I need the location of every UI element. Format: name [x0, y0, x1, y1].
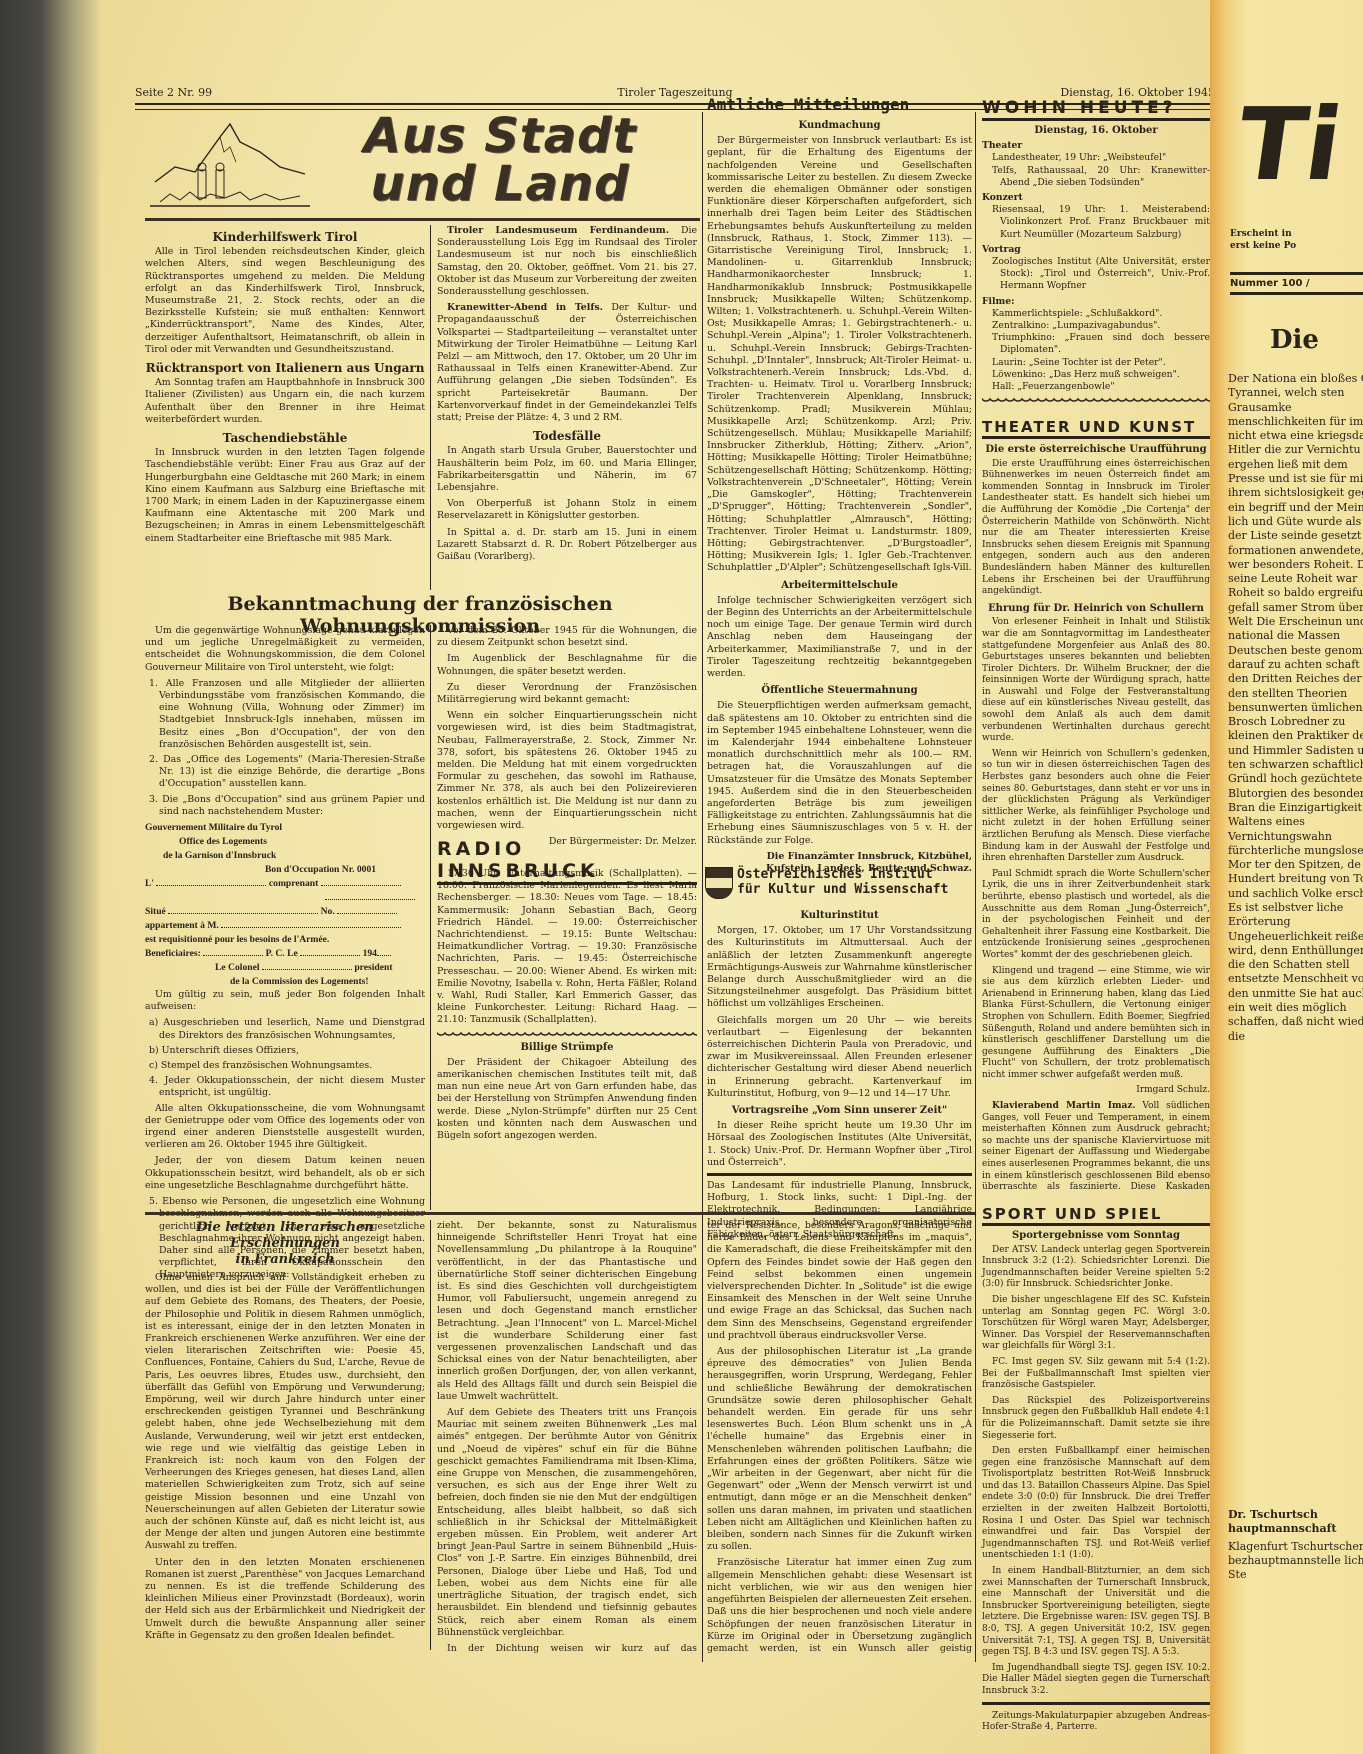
literatur-col-2: zieht. Der bekannte, sonst zu Naturalism…: [437, 1220, 697, 1655]
event-category: Konzert: [982, 192, 1210, 204]
radio-schedule: 17.30 Uhr: Unterhaltungsmusik (Schallpla…: [437, 868, 697, 1027]
article-text: In dieser Reihe spricht heute um 19.30 U…: [707, 1120, 972, 1169]
literatur-col-1: Die letzten literarischen Erscheinungen …: [145, 1220, 425, 1646]
form-label: L': [145, 878, 154, 889]
wave-divider: [982, 397, 1210, 403]
institut-column: Kulturinstitut Morgen, 17. Oktober, um 1…: [707, 905, 972, 1245]
column-divider: [430, 225, 431, 590]
event-category: Vortrag: [982, 244, 1210, 256]
article-text: Zu dieser Verordnung der Französischen M…: [437, 682, 697, 706]
event-entry: Triumphkino: „Frauen sind doch bessere D…: [982, 332, 1210, 356]
article-text: In Angath starb Ursula Gruber, Bauerstoc…: [437, 445, 697, 494]
form-line: Le Colonel president: [145, 961, 425, 975]
headline-fragment-2: Dr. Tschurtsch hauptmannschaft: [1228, 1508, 1363, 1536]
form-line: Office des Logements: [145, 835, 425, 849]
amtliche-column: Kundmachung Der Bürgermeister von Innsbr…: [707, 120, 972, 879]
list-item: 4. Jeder Okkupationsschein, der nicht di…: [145, 1075, 425, 1099]
wohin-heute-title: WOHIN HEUTE?: [982, 98, 1210, 121]
list-item: c) Stempel des französischen Wohnungsamt…: [145, 1060, 425, 1072]
article-title: Kundmachung: [707, 120, 972, 132]
article-text: Um die gegenwärtige Wohnungslage genau k…: [145, 625, 425, 674]
institut-title-1: Österreichisches Institut: [737, 867, 948, 882]
event-entry: Telfs, Rathaussaal, 20 Uhr: Kranewitter-…: [982, 165, 1210, 189]
article-text: In der Dichtung weisen wir kurz auf das …: [437, 1643, 697, 1655]
article-body: Der Kultur- und Propagandaausschuß der Ö…: [437, 302, 697, 423]
list-item: 3. Die „Bons d'Occupation" sind aus grün…: [145, 794, 425, 818]
list-item: b) Unterschrift dieses Offiziers,: [145, 1045, 425, 1057]
article-title: Öffentliche Steuermahnung: [707, 685, 972, 697]
literatur-title-line: Die letzten literarischen Erscheinungen: [145, 1220, 425, 1252]
article-lead: Kranewitter-Abend in Telfs.: [447, 302, 603, 313]
banner-rule: [145, 218, 700, 221]
masthead-fragment: Ti: [1230, 90, 1348, 200]
article-text: Die bisher ungeschlagene Elf des SC. Kuf…: [982, 1295, 1210, 1353]
column-divider: [702, 112, 703, 1662]
article-body: Voll südlichen Ganges, voll Feuer und Te…: [982, 1101, 1210, 1194]
article-title: Taschendiebstähle: [145, 432, 425, 444]
article-text: In Innsbruck wurden in den letzten Tagen…: [145, 447, 425, 545]
article-fragment-2: Klagenfurt Tschurtschen bezhauptmannstel…: [1228, 1540, 1363, 1582]
form-line: de la Commission des Logements!: [145, 975, 425, 989]
section-rule: [982, 1702, 1210, 1705]
austrian-shield-icon: [705, 867, 733, 899]
article-text: zieht. Der bekannte, sonst zu Naturalism…: [437, 1220, 697, 1403]
event-entry: Zoologisches Institut (Alte Universität,…: [982, 256, 1210, 293]
article-text: Von Oberperfuß ist Johann Stolz in einem…: [437, 498, 697, 522]
literatur-title: Die letzten literarischen Erscheinungen …: [145, 1220, 425, 1268]
theater-column: Die erste österreichische Uraufführung D…: [982, 444, 1210, 1194]
article-text: Um gültig zu sein, muß jeder Bon folgend…: [145, 989, 425, 1013]
column-divider: [430, 1220, 431, 1650]
banner-line-2: und Land: [310, 160, 690, 208]
event-category: Filme:: [982, 296, 1210, 308]
amtliche-mitteilungen-title: Amtliche Mitteilungen: [707, 95, 967, 114]
column-1: Kinderhilfswerk Tirol Alle in Tirol lebe…: [145, 225, 425, 549]
article-title: Die erste österreichische Uraufführung: [982, 444, 1210, 456]
form-label: Beneficiaires:: [145, 948, 201, 959]
article-text: Unter den in den letzten Monaten erschie…: [145, 1557, 425, 1642]
list-item: 1. Alle Franzosen und alle Mitglieder de…: [145, 678, 425, 751]
classified-ad: Zeitungs-Makulaturpapier abzugeben Andre…: [982, 1711, 1210, 1734]
form-label: Situé: [145, 906, 166, 917]
article-text: Im Augenblick der Beschlagnahme für die …: [437, 653, 697, 677]
form-label: comprenant: [269, 878, 318, 889]
article-text: Wenn ein solcher Einquartierungsschein n…: [437, 710, 697, 832]
article-text: Infolge technischer Schwierigkeiten verz…: [707, 595, 972, 680]
article-text: In Spittal a. d. Dr. starb am 15. Juni i…: [437, 527, 697, 564]
article-text: Im Jugendhandball siegte TSJ. gegen ISV.…: [982, 1663, 1210, 1698]
form-line: Beneficiaires: P. C. Le 194: [145, 947, 425, 961]
article-text: In einem Handball-Blitzturnier, an dem s…: [982, 1566, 1210, 1659]
article-title: Rücktransport von Italienern aus Ungarn: [145, 362, 425, 374]
event-sections: TheaterLandestheater, 19 Uhr: „Weibsteuf…: [982, 140, 1210, 393]
article-text: FC. Imst gegen SV. Silz gewann mit 5:4 (…: [982, 1357, 1210, 1392]
article-title: Sportergebnisse vom Sonntag: [982, 1230, 1210, 1242]
wohnungskommission-col-2: Vor dem 26. Oktober 1945 für die Wohnung…: [437, 625, 697, 852]
mountain-town-illustration-icon: [150, 112, 310, 212]
issue-number: Nummer 100 /: [1230, 272, 1363, 295]
event-category: Theater: [982, 140, 1210, 152]
article-text: Die erste Uraufführung eines österreichi…: [982, 459, 1210, 598]
article-text: Paul Schmidt sprach die Worte Schullern'…: [982, 869, 1210, 962]
article-text: Alle in Tirol lebenden reichsdeutschen K…: [145, 246, 425, 356]
form-label: appartement à M.: [145, 920, 219, 931]
section-rule: [707, 1173, 972, 1176]
article-title: Todesfälle: [437, 430, 697, 442]
article-text: Kranewitter-Abend in Telfs. Der Kultur- …: [437, 302, 697, 424]
article-text: Jeder, der von diesem Datum keinen neuen…: [145, 1155, 425, 1192]
banner-line-1: Aus Stadt: [310, 112, 690, 160]
binding-edge: [0, 0, 100, 1754]
article-title: Arbeitermittelschule: [707, 580, 972, 592]
article-text: Klavierabend Martin Imaz. Voll südlichen…: [982, 1101, 1210, 1194]
wohin-heute-list: Dienstag, 16. Oktober TheaterLandestheat…: [982, 125, 1210, 407]
event-entry: Hall: „Feuerzangenbowle": [982, 381, 1210, 393]
form-label: president: [354, 962, 392, 973]
column-2: Tiroler Landesmuseum Ferdinandeum. Die S…: [437, 225, 697, 567]
radio-program: 17.30 Uhr: Unterhaltungsmusik (Schallpla…: [437, 868, 697, 1146]
article-text: Den ersten Fußballkampf einer heimischen…: [982, 1446, 1210, 1562]
list-item: 2. Das „Office des Logements" (Maria-The…: [145, 754, 425, 791]
wohnungskommission-col-1: Um die gegenwärtige Wohnungslage genau k…: [145, 625, 425, 1285]
form-line: [145, 891, 425, 905]
column-divider: [430, 625, 431, 1210]
article-text: Auf dem Gebiete des Theaters tritt uns F…: [437, 1407, 697, 1639]
column-divider: [975, 112, 976, 1662]
article-text: Aus der philosophischen Literatur ist „L…: [707, 1346, 972, 1553]
event-entry: Löwenkino: „Das Herz muß schweigen".: [982, 369, 1210, 381]
article-text: Französische Literatur hat immer einen Z…: [707, 1557, 972, 1655]
article-text: Gleichfalls morgen um 20 Uhr — wie berei…: [707, 1015, 972, 1100]
event-entry: Zentralkino: „Lumpazivagabundus".: [982, 320, 1210, 332]
form-line: est requisitionné pour les besoins de l'…: [145, 933, 425, 947]
theater-und-kunst-title: THEATER UND KUNST: [982, 418, 1210, 439]
form-bon-number: Bon d'Occupation Nr. 0001: [145, 863, 425, 877]
masthead-subline: Erscheint in erst keine Po: [1230, 228, 1296, 252]
institut-header: Österreichisches Institut für Kultur und…: [705, 867, 975, 901]
list-item: a) Ausgeschrieben und leserlich, Name un…: [145, 1017, 425, 1041]
literatur-col-3: ter der Résistance, besonders Aragons; m…: [707, 1220, 972, 1655]
sport-und-spiel-title: SPORT UND SPIEL: [982, 1205, 1210, 1226]
subline-2: erst keine Po: [1230, 240, 1296, 252]
form-label: Le Colonel: [215, 962, 260, 973]
subline-1: Erscheint in: [1230, 228, 1296, 240]
article-text: Von erlesener Feinheit in Inhalt und Sti…: [982, 617, 1210, 745]
sport-column: Sportergebnisse vom Sonntag Der ATSV. La…: [982, 1230, 1210, 1738]
article-text: Das Rückspiel des Polizeisportvereins In…: [982, 1396, 1210, 1442]
article-text: Alle alten Okkupationsscheine, die vom W…: [145, 1103, 425, 1152]
article-title: Vortragsreihe „Vom Sinn unserer Zeit": [707, 1105, 972, 1117]
article-title: Kulturinstitut: [707, 910, 972, 922]
article-lead: Klavierabend Martin Imaz.: [992, 1101, 1136, 1111]
article-text: Tiroler Landesmuseum Ferdinandeum. Die S…: [437, 225, 697, 298]
form-line: appartement à M.: [145, 919, 425, 933]
form-line: de la Garnison d'Innsbruck: [145, 849, 425, 863]
article-text: Der Präsident der Chikagoer Abteilung de…: [437, 1057, 697, 1142]
article-text: Am Sonntag trafen am Hauptbahnhofe in In…: [145, 377, 425, 426]
article-text: Wenn wir Heinrich von Schullern's gedenk…: [982, 749, 1210, 865]
article-text: Ohne einen Anspruch auf Vollständigkeit …: [145, 1272, 425, 1553]
article-text: Klingend und tragend — eine Stimme, wie …: [982, 966, 1210, 1082]
article-text: ter der Résistance, besonders Aragons; m…: [707, 1220, 972, 1342]
form-line: Situé No.: [145, 905, 425, 919]
article-title: Kinderhilfswerk Tirol: [145, 231, 425, 243]
institut-title-2: für Kultur und Wissenschaft: [737, 882, 948, 897]
form-line: Gouvernement Militaire du Tyrol: [145, 821, 425, 835]
event-date: Dienstag, 16. Oktober: [982, 125, 1210, 137]
article-lead: Tiroler Landesmuseum Ferdinandeum.: [447, 225, 669, 236]
bon-occupation-form: Gouvernement Militaire du Tyrol Office d…: [145, 821, 425, 989]
headline-fragment: Die: [1270, 325, 1319, 355]
article-text: Der ATSV. Landeck unterlag gegen Sportve…: [982, 1245, 1210, 1291]
form-label: No.: [321, 906, 335, 917]
article-text: Morgen, 17. Oktober, um 17 Uhr Vorstands…: [707, 925, 972, 1010]
wave-divider: [437, 1031, 697, 1037]
event-entry: Kammerlichtspiele: „Schlußakkord".: [982, 308, 1210, 320]
event-entry: Riesensaal, 19 Uhr: 1. Meisterabend: Vio…: [982, 204, 1210, 241]
section-rule: [145, 1212, 975, 1215]
article-text: Vor dem 26. Oktober 1945 für die Wohnung…: [437, 625, 697, 649]
event-entry: Landestheater, 19 Uhr: „Weibsteufel": [982, 152, 1210, 164]
article-title: Ehrung für Dr. Heinrich von Schullern: [982, 603, 1210, 615]
next-page-strip: Ti Erscheint in erst keine Po Nummer 100…: [1210, 0, 1363, 1754]
form-line: L' comprenant: [145, 877, 425, 891]
article-text: Die Steuerpflichtigen werden aufmerksam …: [707, 700, 972, 846]
form-label: P. C. Le: [266, 948, 298, 959]
form-label: 194: [363, 948, 377, 959]
article-title: Billige Strümpfe: [437, 1042, 697, 1054]
literatur-title-line: in Frankreich: [145, 1252, 425, 1268]
aus-stadt-und-land-banner: Aus Stadt und Land: [150, 112, 690, 212]
article-text: Der Bürgermeister von Innsbruck verlautb…: [707, 135, 972, 574]
event-entry: Laurin: „Seine Tochter ist der Peter".: [982, 357, 1210, 369]
signature: Irmgard Schulz.: [982, 1085, 1210, 1097]
article-fragment: Der Nationa ein bloßes Ge Tyrannei, welc…: [1228, 372, 1363, 1044]
